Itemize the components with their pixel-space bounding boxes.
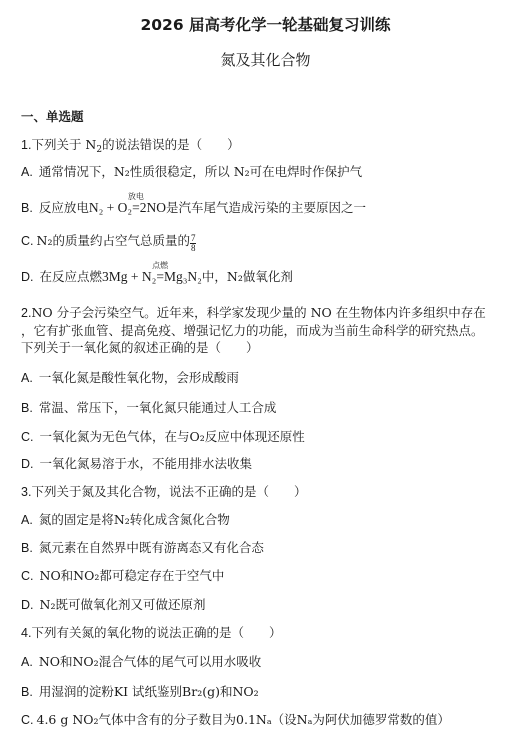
option-text: 一氧化氮是酸性氧化物，会形成酸雨 — [39, 370, 239, 385]
option-label: A. — [21, 513, 33, 527]
option-text: 在反应点燃 — [40, 269, 103, 284]
section-heading: 一、单选题 — [21, 107, 84, 125]
stem-text: NO 分子会污染空气。近年来，科学家发现少量的 NO 在生物体内许多组织中存在 — [31, 305, 485, 320]
stem-text: 下列关于氮及其化合物，说法不正确的是（ ） — [31, 484, 306, 499]
equation-right: Mg₃N₂ — [164, 269, 202, 284]
question-3-stem: 3.下列关于氮及其化合物，说法不正确的是（ ） — [21, 484, 306, 500]
stem-text: ，它有扩张血管、提高免疫、增强记忆力的功能，而成为当前生命科学的研究热点。 — [21, 322, 511, 339]
option-text: NO和NO₂都可稳定存在于空气中 — [40, 568, 225, 583]
equation-equals: 点燃= — [156, 269, 164, 285]
option-text: 是汽车尾气造成污染的主要原因之一 — [166, 200, 366, 215]
option-text: 氮元素在自然界中既有游离态又有化合态 — [39, 540, 264, 555]
option-label: B. — [21, 401, 33, 415]
option-label: C. — [21, 713, 34, 727]
option-text: 一氧化氮为无色气体，在与O₂反应中体现还原性 — [40, 429, 305, 444]
question-1-option-b[interactable]: B.反应放电N₂ + O₂ 放电= 2NO是汽车尾气造成污染的主要原因之一 — [21, 200, 366, 216]
question-1-stem: 1.下列关于 N2的说法错误的是（ ） — [21, 137, 240, 153]
reaction-condition: 放电 — [128, 189, 144, 205]
option-label: B. — [21, 685, 33, 699]
option-text: 反应放电 — [39, 200, 89, 215]
stem-text: 下列关于 N — [31, 137, 96, 152]
question-1-option-c[interactable]: C.N₂的质量约占空气总质量的78 — [21, 233, 196, 253]
option-label: D. — [21, 270, 34, 284]
fraction-denominator: 8 — [190, 244, 197, 253]
question-2-option-b[interactable]: B.常温、常压下，一氧化氮只能通过人工合成 — [21, 400, 276, 416]
document-subtitle: 氮及其化合物 — [0, 49, 531, 70]
option-text: 一氧化氮易溶于水，不能用排水法收集 — [40, 456, 253, 471]
option-text: NO和NO₂混合气体的尾气可以用水吸收 — [39, 654, 261, 669]
question-number: 3. — [21, 485, 31, 499]
option-label: A. — [21, 655, 33, 669]
option-text: N₂的质量约占空气总质量的 — [37, 233, 190, 248]
option-text: 用湿润的淀粉KI 试纸鉴别Br₂(g)和NO₂ — [39, 684, 259, 699]
stem-text: 的说法错误的是（ ） — [102, 137, 240, 152]
option-text: 通常情况下，N₂性质很稳定，所以 N₂可在电焊时作保护气 — [39, 164, 362, 179]
option-text: 4.6 g NO₂气体中含有的分子数目为0.1Nₐ（设Nₐ为阿伏加德罗常数的值） — [37, 712, 450, 727]
equation-equals: 放电= — [132, 200, 140, 216]
question-2-option-a[interactable]: A.一氧化氮是酸性氧化物，会形成酸雨 — [21, 370, 239, 386]
option-text: N₂既可做氧化剂又可做还原剂 — [40, 597, 206, 612]
question-4-option-c[interactable]: C.4.6 g NO₂气体中含有的分子数目为0.1Nₐ（设Nₐ为阿伏加德罗常数的… — [21, 712, 450, 728]
question-3-option-b[interactable]: B.氮元素在自然界中既有游离态又有化合态 — [21, 540, 264, 556]
option-label: A. — [21, 165, 33, 179]
question-2-option-c[interactable]: C.一氧化氮为无色气体，在与O₂反应中体现还原性 — [21, 429, 305, 445]
stem-text: 下列有关氮的氧化物的说法正确的是（ ） — [31, 625, 281, 640]
equation-left: 3Mg + N₂ — [102, 269, 156, 284]
option-text: 中，N₂做氧化剂 — [202, 269, 293, 284]
stem-text: 下列关于一氧化氮的叙述正确的是（ ） — [21, 339, 511, 356]
option-text: 氮的固定是将N₂转化成含氮化合物 — [39, 512, 230, 527]
option-text: 常温、常压下，一氧化氮只能通过人工合成 — [39, 400, 277, 415]
question-2-option-d[interactable]: D.一氧化氮易溶于水，不能用排水法收集 — [21, 456, 252, 472]
question-1-option-a[interactable]: A.通常情况下，N₂性质很稳定，所以 N₂可在电焊时作保护气 — [21, 164, 362, 180]
option-label: A. — [21, 371, 33, 385]
option-label: C. — [21, 234, 34, 248]
question-number: 4. — [21, 626, 31, 640]
option-label: D. — [21, 457, 34, 471]
option-label: D. — [21, 598, 34, 612]
equation-left: N₂ + O₂ — [89, 200, 132, 215]
question-number: 2. — [21, 306, 31, 320]
question-4-stem: 4.下列有关氮的氧化物的说法正确的是（ ） — [21, 625, 281, 641]
document-title: 2026 届高考化学一轮基础复习训练 — [0, 13, 531, 35]
question-4-option-b[interactable]: B.用湿润的淀粉KI 试纸鉴别Br₂(g)和NO₂ — [21, 684, 259, 700]
option-label: C. — [21, 569, 34, 583]
question-2-stem: 2.NO 分子会污染空气。近年来，科学家发现少量的 NO 在生物体内许多组织中存… — [21, 304, 511, 356]
question-4-option-a[interactable]: A.NO和NO₂混合气体的尾气可以用水吸收 — [21, 654, 261, 670]
option-label: B. — [21, 201, 33, 215]
reaction-condition: 点燃 — [152, 258, 168, 274]
question-1-option-d[interactable]: D.在反应点燃3Mg + N₂ 点燃= Mg₃N₂中，N₂做氧化剂 — [21, 269, 293, 285]
fraction: 78 — [190, 234, 197, 253]
option-label: C. — [21, 430, 34, 444]
question-3-option-c[interactable]: C.NO和NO₂都可稳定存在于空气中 — [21, 568, 224, 584]
option-label: B. — [21, 541, 33, 555]
question-3-option-d[interactable]: D.N₂既可做氧化剂又可做还原剂 — [21, 597, 205, 613]
question-number: 1. — [21, 138, 31, 152]
question-3-option-a[interactable]: A.氮的固定是将N₂转化成含氮化合物 — [21, 512, 230, 528]
